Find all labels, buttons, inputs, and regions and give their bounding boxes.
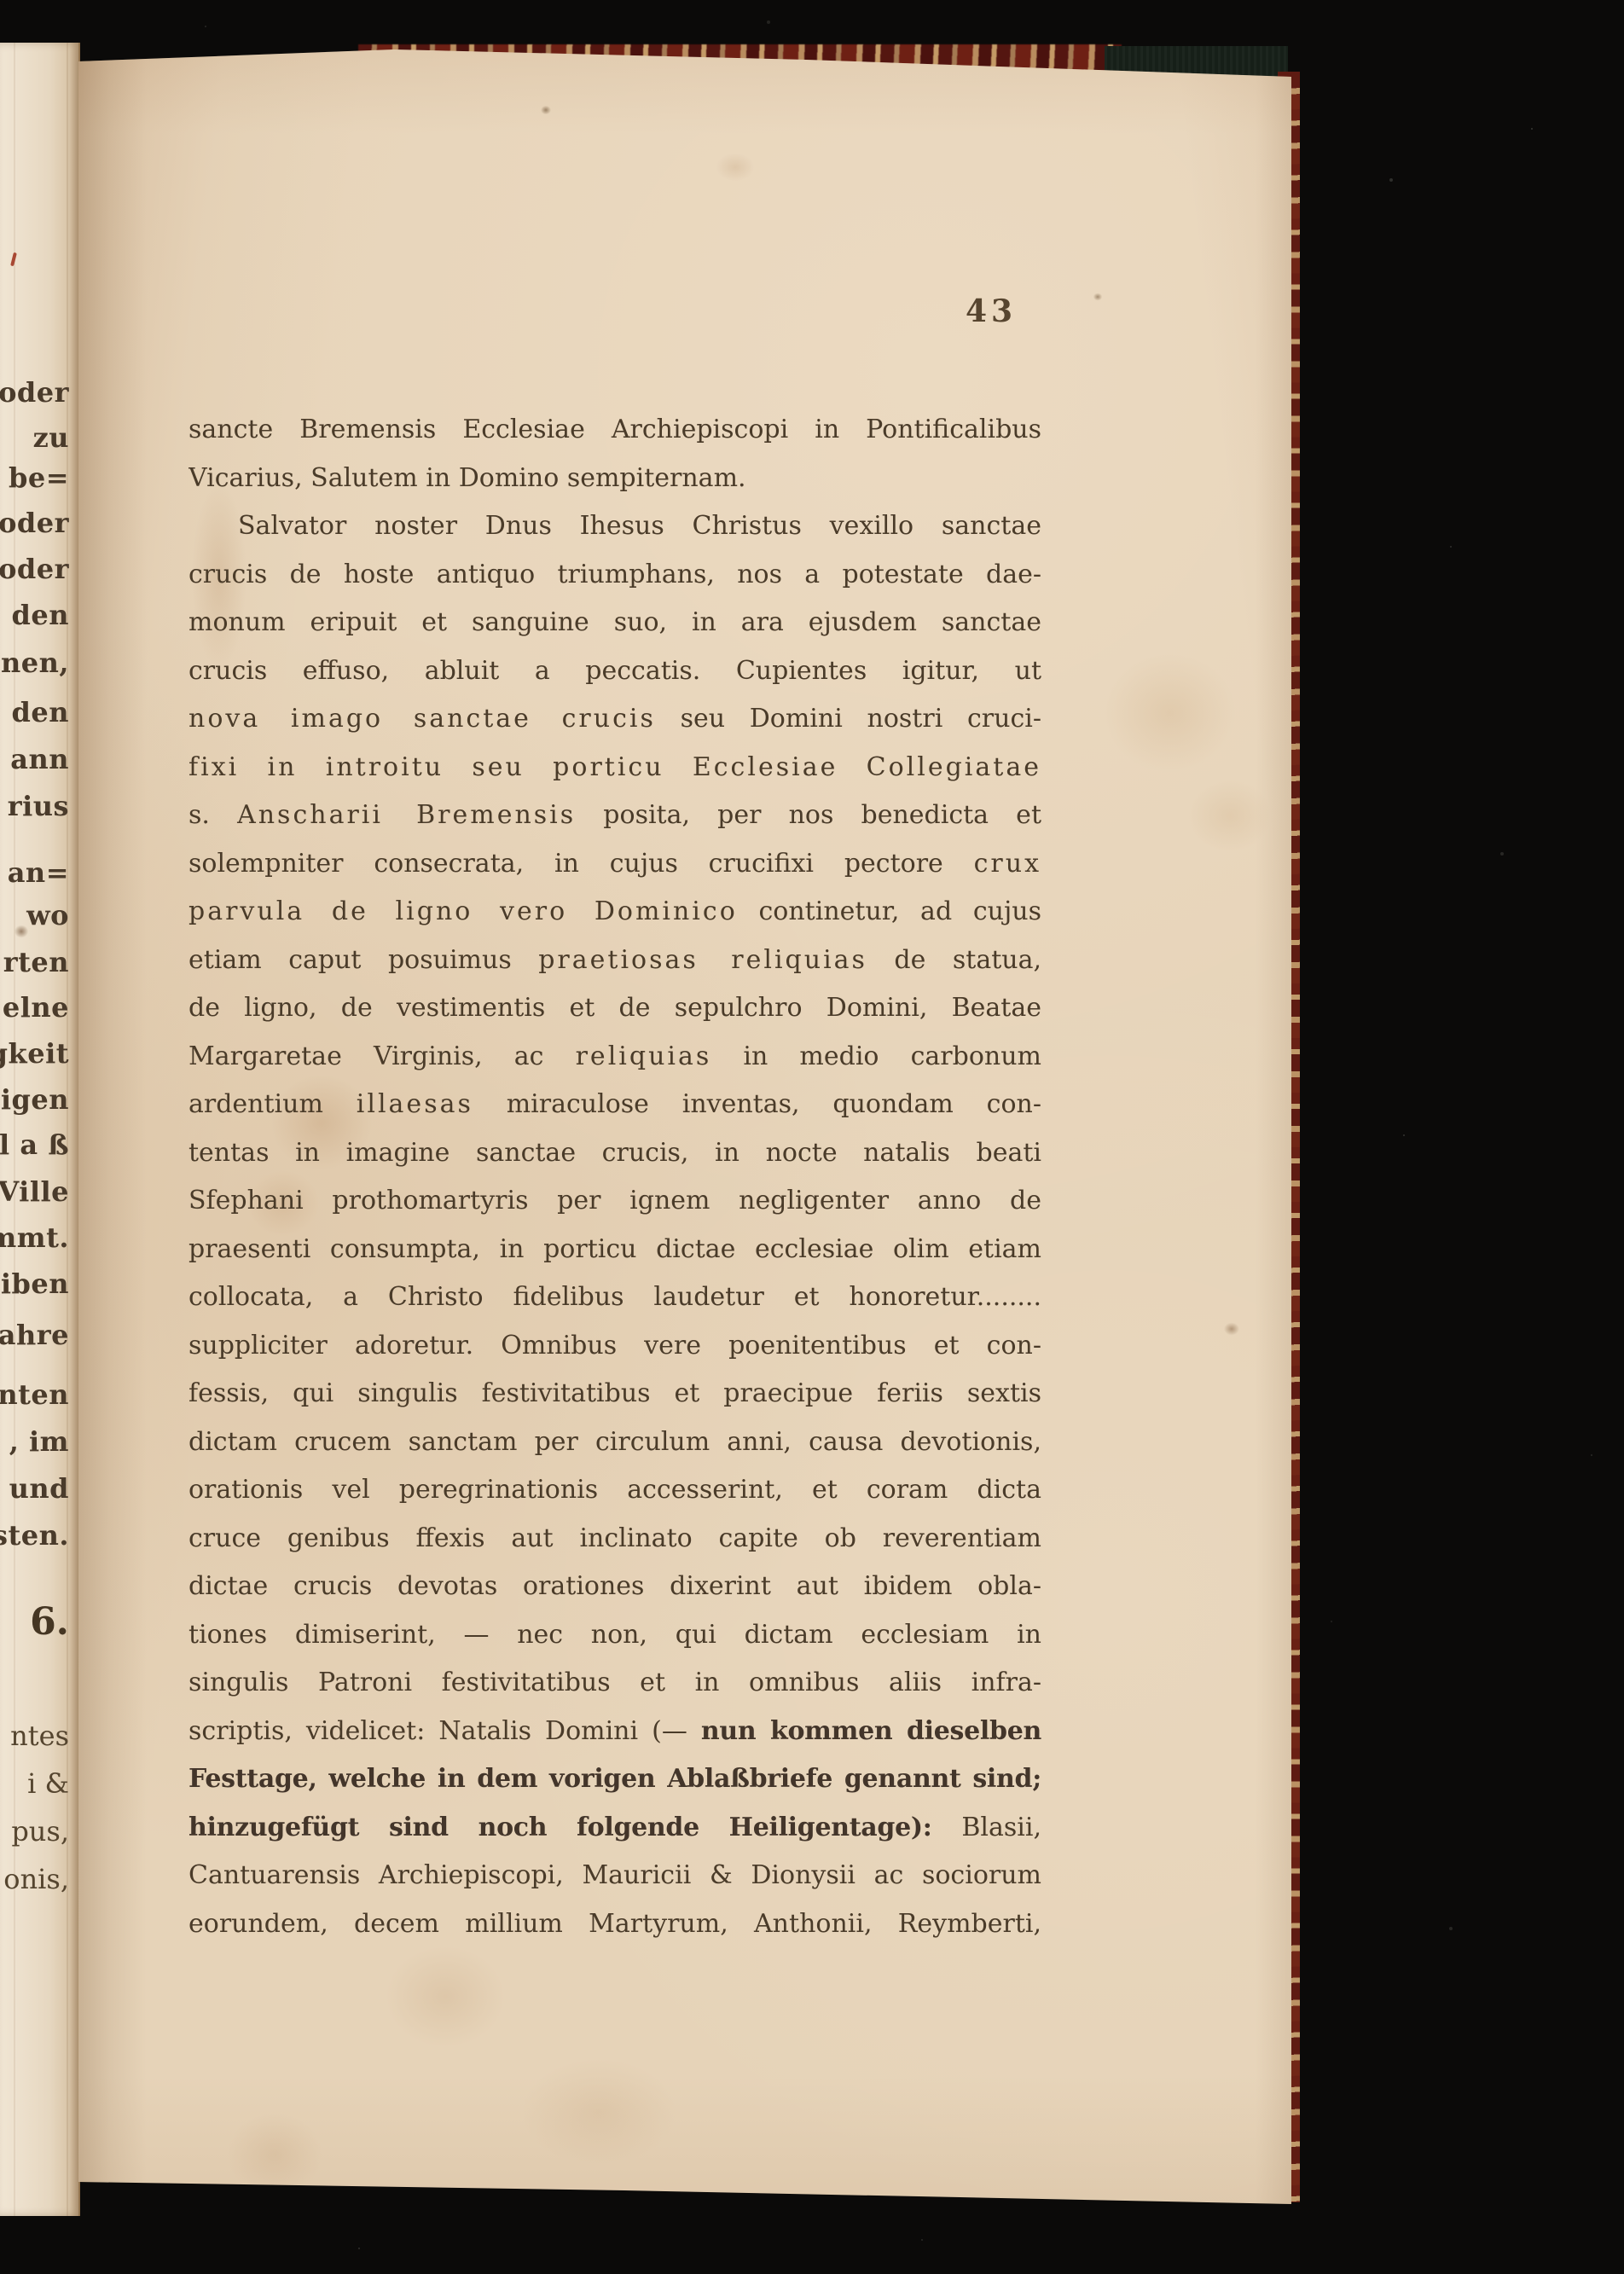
latin-segment: seu Domini nostri cruci- bbox=[656, 704, 1041, 734]
latin-segment: s. bbox=[188, 800, 237, 830]
gutter-shadow bbox=[78, 48, 147, 2204]
latin-segment: in medio carbonum bbox=[711, 1041, 1041, 1071]
text-line: orationis vel peregrinationis accesserin… bbox=[188, 1466, 1041, 1515]
book-page: 43 sancte Bremensis Ecclesiae Archiepisc… bbox=[78, 48, 1291, 2204]
margin-fragment: eiben bbox=[0, 1270, 69, 1297]
margin-fragment: pus, bbox=[11, 1818, 69, 1845]
latin-segment: Margaretae Virginis, ac bbox=[188, 1041, 576, 1071]
text-block: sancte Bremensis Ecclesiae Archiepiscopi… bbox=[188, 406, 1041, 1948]
text-line: Margaretae Virginis, ac reliquias in med… bbox=[188, 1033, 1041, 1082]
page-number: 43 bbox=[966, 293, 1068, 329]
margin-fragment: be= bbox=[9, 464, 69, 491]
latin-segment: fixi in introitu seu porticu Ecclesiae C… bbox=[188, 752, 1041, 782]
text-line: fixi in introitu seu porticu Ecclesiae C… bbox=[188, 744, 1041, 792]
fraktur-segment: nun kommen dieselben bbox=[701, 1716, 1041, 1746]
latin-segment: de ligno, de vestimentis et de sepulchro… bbox=[188, 993, 1041, 1023]
latin-segment: solempniter consecrata, in cujus crucifi… bbox=[188, 849, 974, 879]
latin-segment: suppliciter adoretur. Omnibus vere poeni… bbox=[188, 1331, 1041, 1360]
text-line: s. Anscharii Bremensis posita, per nos b… bbox=[188, 792, 1041, 840]
fore-edge-shadow bbox=[1256, 48, 1291, 2204]
text-line: singulis Patroni festivitatibus et in om… bbox=[188, 1659, 1041, 1708]
latin-segment: Cantuarensis Archiepiscopi, Mauricii & D… bbox=[188, 1860, 1041, 1890]
text-line: Salvator noster Dnus Ihesus Christus vex… bbox=[188, 502, 1041, 551]
margin-fragment: i & bbox=[27, 1770, 69, 1797]
latin-segment: tiones dimiserint, — nec non, qui dictam… bbox=[188, 1620, 1041, 1650]
margin-fragment: sten. bbox=[0, 1522, 69, 1549]
text-line: crucis effuso, abluit a peccatis. Cupien… bbox=[188, 647, 1041, 696]
text-line: suppliciter adoretur. Omnibus vere poeni… bbox=[188, 1322, 1041, 1371]
latin-segment: Anscharii Bremensis bbox=[237, 800, 576, 830]
text-line: tiones dimiserint, — nec non, qui dictam… bbox=[188, 1611, 1041, 1660]
text-line: monum eripuit et sanguine suo, in ara ej… bbox=[188, 599, 1041, 647]
latin-segment: crucis de hoste antiquo triumphans, nos … bbox=[188, 560, 1041, 589]
margin-fragment: rten bbox=[3, 948, 69, 976]
latin-segment: monum eripuit et sanguine suo, in ara ej… bbox=[188, 607, 1041, 637]
text-line: parvula de ligno vero Dominico continetu… bbox=[188, 888, 1041, 937]
margin-fragment: l a ß bbox=[0, 1131, 69, 1158]
latin-segment: scriptis, videlicet: Natalis Domini (— bbox=[188, 1716, 701, 1746]
latin-segment: dictae crucis devotas orationes dixerint… bbox=[188, 1571, 1041, 1601]
margin-fragment: gkeit bbox=[0, 1040, 69, 1067]
margin-fragment: ann bbox=[10, 745, 69, 773]
latin-segment: ardentium bbox=[188, 1089, 357, 1119]
latin-segment: collocata, a Christo fidelibus laudetur … bbox=[188, 1282, 1041, 1312]
text-line: tentas in imagine sanctae crucis, in noc… bbox=[188, 1129, 1041, 1178]
latin-segment: etiam caput posuimus bbox=[188, 945, 538, 975]
margin-fragment: igen bbox=[1, 1086, 69, 1113]
stain bbox=[539, 104, 553, 116]
latin-segment: crux bbox=[974, 849, 1041, 879]
latin-segment: dictam crucem sanctam per circulum anni,… bbox=[188, 1427, 1041, 1457]
latin-segment: sancte Bremensis Ecclesiae Archiepiscopi… bbox=[188, 415, 1041, 444]
text-line: Festtage, welche in dem vorigen Ablaßbri… bbox=[188, 1755, 1041, 1804]
stain bbox=[1092, 292, 1104, 302]
margin-fragment: oder bbox=[0, 509, 69, 537]
latin-segment: continetur, ad cujus bbox=[738, 896, 1041, 926]
margin-fragment: Ville bbox=[0, 1178, 69, 1205]
text-line: de ligno, de vestimentis et de sepulchro… bbox=[188, 984, 1041, 1033]
margin-fragment: zu bbox=[33, 424, 69, 451]
latin-segment: eorundem, decem millium Martyrum, Anthon… bbox=[188, 1909, 1041, 1939]
latin-segment: Sfephani prothomartyris per ignem neglig… bbox=[188, 1186, 1041, 1215]
stain bbox=[1221, 1320, 1242, 1337]
latin-segment: parvula de ligno vero Dominico bbox=[188, 896, 738, 926]
margin-fragment: wo bbox=[26, 902, 69, 929]
text-line: crucis de hoste antiquo triumphans, nos … bbox=[188, 551, 1041, 600]
stain bbox=[710, 148, 761, 186]
margin-fragment: elne bbox=[3, 994, 69, 1021]
margin-fragment: den bbox=[12, 699, 70, 726]
margin-fragment: nten bbox=[0, 1381, 69, 1408]
latin-segment: reliquias bbox=[576, 1041, 712, 1071]
latin-segment: de statua, bbox=[867, 945, 1041, 975]
fraktur-segment: hinzugefügt sind noch folgende Heiligent… bbox=[188, 1813, 961, 1842]
text-line: collocata, a Christo fidelibus laudetur … bbox=[188, 1273, 1041, 1322]
margin-fragment: den bbox=[12, 601, 70, 629]
margin-fragment: nen, bbox=[1, 649, 69, 676]
text-line: cruce genibus ffexis aut inclinato capit… bbox=[188, 1515, 1041, 1563]
margin-strip: oderzube=oderoderdennen,denannriusan=wor… bbox=[0, 0, 75, 2274]
latin-segment: praesenti consumpta, in porticu dictae e… bbox=[188, 1234, 1041, 1264]
latin-segment: fessis, qui singulis festivitatibus et p… bbox=[188, 1378, 1041, 1408]
margin-fragment: ahre bbox=[0, 1321, 69, 1349]
margin-fragment: und bbox=[9, 1475, 69, 1502]
text-line: solempniter consecrata, in cujus crucifi… bbox=[188, 840, 1041, 889]
text-line: sancte Bremensis Ecclesiae Archiepiscopi… bbox=[188, 406, 1041, 455]
margin-fragment: 6. bbox=[30, 1604, 69, 1641]
latin-segment: praetiosas reliquias bbox=[538, 945, 867, 975]
text-line: Cantuarensis Archiepiscopi, Mauricii & D… bbox=[188, 1852, 1041, 1900]
text-line: Sfephani prothomartyris per ignem neglig… bbox=[188, 1177, 1041, 1226]
margin-fragment: an= bbox=[8, 859, 69, 886]
text-line: nova imago sanctae crucis seu Domini nos… bbox=[188, 695, 1041, 744]
stain bbox=[206, 2095, 343, 2214]
fraktur-segment: Festtage, welche in dem vorigen Ablaßbri… bbox=[188, 1764, 1041, 1794]
latin-segment: crucis effuso, abluit a peccatis. Cupien… bbox=[188, 656, 1041, 686]
text-line: hinzugefügt sind noch folgende Heiligent… bbox=[188, 1804, 1041, 1853]
latin-segment: cruce genibus ffexis aut inclinato capit… bbox=[188, 1523, 1041, 1553]
stain bbox=[1076, 628, 1264, 798]
text-line: praesenti consumpta, in porticu dictae e… bbox=[188, 1226, 1041, 1274]
text-line: eorundem, decem millium Martyrum, Anthon… bbox=[188, 1900, 1041, 1949]
latin-segment: nova imago sanctae crucis bbox=[188, 704, 656, 734]
margin-fragment: oder bbox=[0, 379, 69, 406]
margin-fragment: oder bbox=[0, 555, 69, 583]
text-line: ardentium illaesas miraculose inventas, … bbox=[188, 1081, 1041, 1129]
text-line: dictam crucem sanctam per circulum anni,… bbox=[188, 1418, 1041, 1467]
stain bbox=[488, 2035, 710, 2189]
latin-segment: posita, per nos benedicta et bbox=[576, 800, 1041, 830]
margin-fragment: onis, bbox=[3, 1865, 69, 1893]
margin-fragment: rius bbox=[8, 792, 69, 820]
latin-segment: Salvator noster Dnus Ihesus Christus vex… bbox=[238, 511, 1041, 541]
latin-segment: miraculose inventas, quondam con- bbox=[473, 1089, 1041, 1119]
text-line: fessis, qui singulis festivitatibus et p… bbox=[188, 1370, 1041, 1418]
latin-segment: Vicarius, Salutem in Domino sempiternam. bbox=[188, 463, 746, 493]
text-line: etiam caput posuimus praetiosas reliquia… bbox=[188, 937, 1041, 985]
latin-segment: orationis vel peregrinationis accesserin… bbox=[188, 1475, 1041, 1505]
text-line: scriptis, videlicet: Natalis Domini (— n… bbox=[188, 1708, 1041, 1756]
latin-segment: tentas in imagine sanctae crucis, in noc… bbox=[188, 1138, 1041, 1168]
margin-fragment: ntes bbox=[10, 1722, 69, 1749]
latin-segment: illaesas bbox=[357, 1089, 473, 1119]
text-line: Vicarius, Salutem in Domino sempiternam. bbox=[188, 455, 1041, 503]
margin-fragment: mmt. bbox=[0, 1224, 69, 1251]
scanned-book-photo: { "meta": { "description": "Scanned page… bbox=[0, 0, 1624, 2274]
margin-fragment: , im bbox=[9, 1428, 69, 1455]
text-line: dictae crucis devotas orationes dixerint… bbox=[188, 1563, 1041, 1611]
latin-segment: singulis Patroni festivitatibus et in om… bbox=[188, 1668, 1041, 1697]
